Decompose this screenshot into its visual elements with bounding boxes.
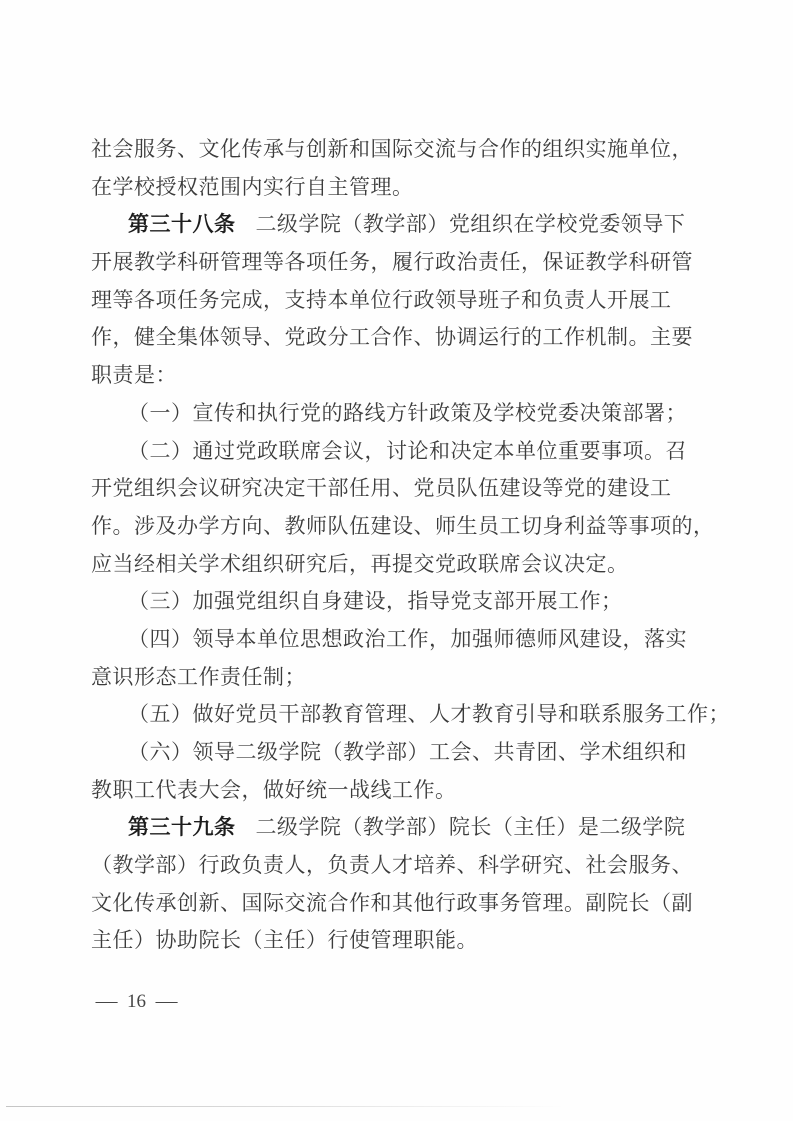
text-line: 第三十八条二级学院（教学部）党组织在学校党委领导下 [91,206,707,244]
text-line: （二）通过党政联席会议，讨论和决定本单位重要事项。召 [91,433,707,471]
text-line-content: 在学校授权范围内实行自主管理。 [91,175,414,199]
text-line: （六）领导二级学院（教学部）工会、共青团、学术组织和 [91,734,707,772]
text-line-content: 理等各项任务完成，支持本单位行政领导班子和负责人开展工 [91,288,672,312]
text-line: （五）做好党员干部教育管理、人才教育引导和联系服务工作； [91,696,707,734]
text-line-content: 开党组织会议研究决定干部任用、党员队伍建设等党的建设工 [91,476,672,500]
text-line: （四）领导本单位思想政治工作，加强师德师风建设，落实 [91,621,707,659]
text-line-content: 作，健全集体领导、党政分工合作、协调运行的工作机制。主要 [91,325,693,349]
text-line-content: （一）宣传和执行党的路线方针政策及学校党委决策部署； [128,401,687,425]
text-line: （教学部）行政负责人，负责人才培养、科学研究、社会服务、 [91,847,707,885]
text-line: 社会服务、文化传承与创新和国际交流与合作的组织实施单位， [91,131,707,169]
text-line-content: （四）领导本单位思想政治工作，加强师德师风建设，落实 [128,627,687,651]
article-number: 第三十八条 [128,213,236,236]
document-page: 社会服务、文化传承与创新和国际交流与合作的组织实施单位， 在学校授权范围内实行自… [0,0,793,1121]
text-line-content: 二级学院（教学部）院长（主任）是二级学院 [255,815,685,839]
text-line-content: 开展教学科研管理等各项任务，履行政治责任，保证教学科研管 [91,250,693,274]
text-line-content: 教职工代表大会，做好统一战线工作。 [91,778,457,802]
text-line-content: 主任）协助院长（主任）行使管理职能。 [91,928,478,952]
page-number: 16 [127,991,146,1013]
text-line: （一）宣传和执行党的路线方针政策及学校党委决策部署； [91,395,707,433]
text-line-content: （五）做好党员干部教育管理、人才教育引导和联系服务工作； [128,702,730,726]
text-line: 在学校授权范围内实行自主管理。 [91,169,707,207]
text-line: 主任）协助院长（主任）行使管理职能。 [91,922,707,960]
text-line-content: 作。涉及办学方向、教师队伍建设、师生员工切身利益等事项的， [91,514,715,538]
page-footer: — 16 — [97,991,176,1013]
footer-left-dash: — [96,991,118,1013]
text-line: 开党组织会议研究决定干部任用、党员队伍建设等党的建设工 [91,470,707,508]
text-line-content: 二级学院（教学部）党组织在学校党委领导下 [255,212,685,236]
text-line-content: （教学部）行政负责人，负责人才培养、科学研究、社会服务、 [91,853,693,877]
text-line: 应当经相关学术组织研究后，再提交党政联席会议决定。 [91,546,707,584]
document-body: 社会服务、文化传承与创新和国际交流与合作的组织实施单位， 在学校授权范围内实行自… [91,131,707,960]
text-line-content: （六）领导二级学院（教学部）工会、共青团、学术组织和 [128,740,687,764]
text-line-content: 职责是： [91,363,177,387]
text-line-content: 文化传承创新、国际交流合作和其他行政事务管理。副院长（副 [91,891,693,915]
text-line-content: 社会服务、文化传承与创新和国际交流与合作的组织实施单位， [91,137,693,161]
text-line-content: 应当经相关学术组织研究后，再提交党政联席会议决定。 [91,552,629,576]
text-line: 作，健全集体领导、党政分工合作、协调运行的工作机制。主要 [91,319,707,357]
scan-artifact-line [6,1106,566,1107]
article-number: 第三十九条 [128,816,236,839]
text-line: 教职工代表大会，做好统一战线工作。 [91,772,707,810]
text-line: 理等各项任务完成，支持本单位行政领导班子和负责人开展工 [91,282,707,320]
text-line-content: （二）通过党政联席会议，讨论和决定本单位重要事项。召 [128,439,687,463]
text-line: 第三十九条二级学院（教学部）院长（主任）是二级学院 [91,809,707,847]
text-line-content: 意识形态工作责任制； [91,665,306,689]
text-line: （三）加强党组织自身建设，指导党支部开展工作； [91,583,707,621]
text-line: 开展教学科研管理等各项任务，履行政治责任，保证教学科研管 [91,244,707,282]
text-line-content: （三）加强党组织自身建设，指导党支部开展工作； [128,589,623,613]
footer-right-dash: — [156,991,178,1013]
text-line: 职责是： [91,357,707,395]
text-line: 作。涉及办学方向、教师队伍建设、师生员工切身利益等事项的， [91,508,707,546]
text-line: 意识形态工作责任制； [91,659,707,697]
text-line: 文化传承创新、国际交流合作和其他行政事务管理。副院长（副 [91,885,707,923]
